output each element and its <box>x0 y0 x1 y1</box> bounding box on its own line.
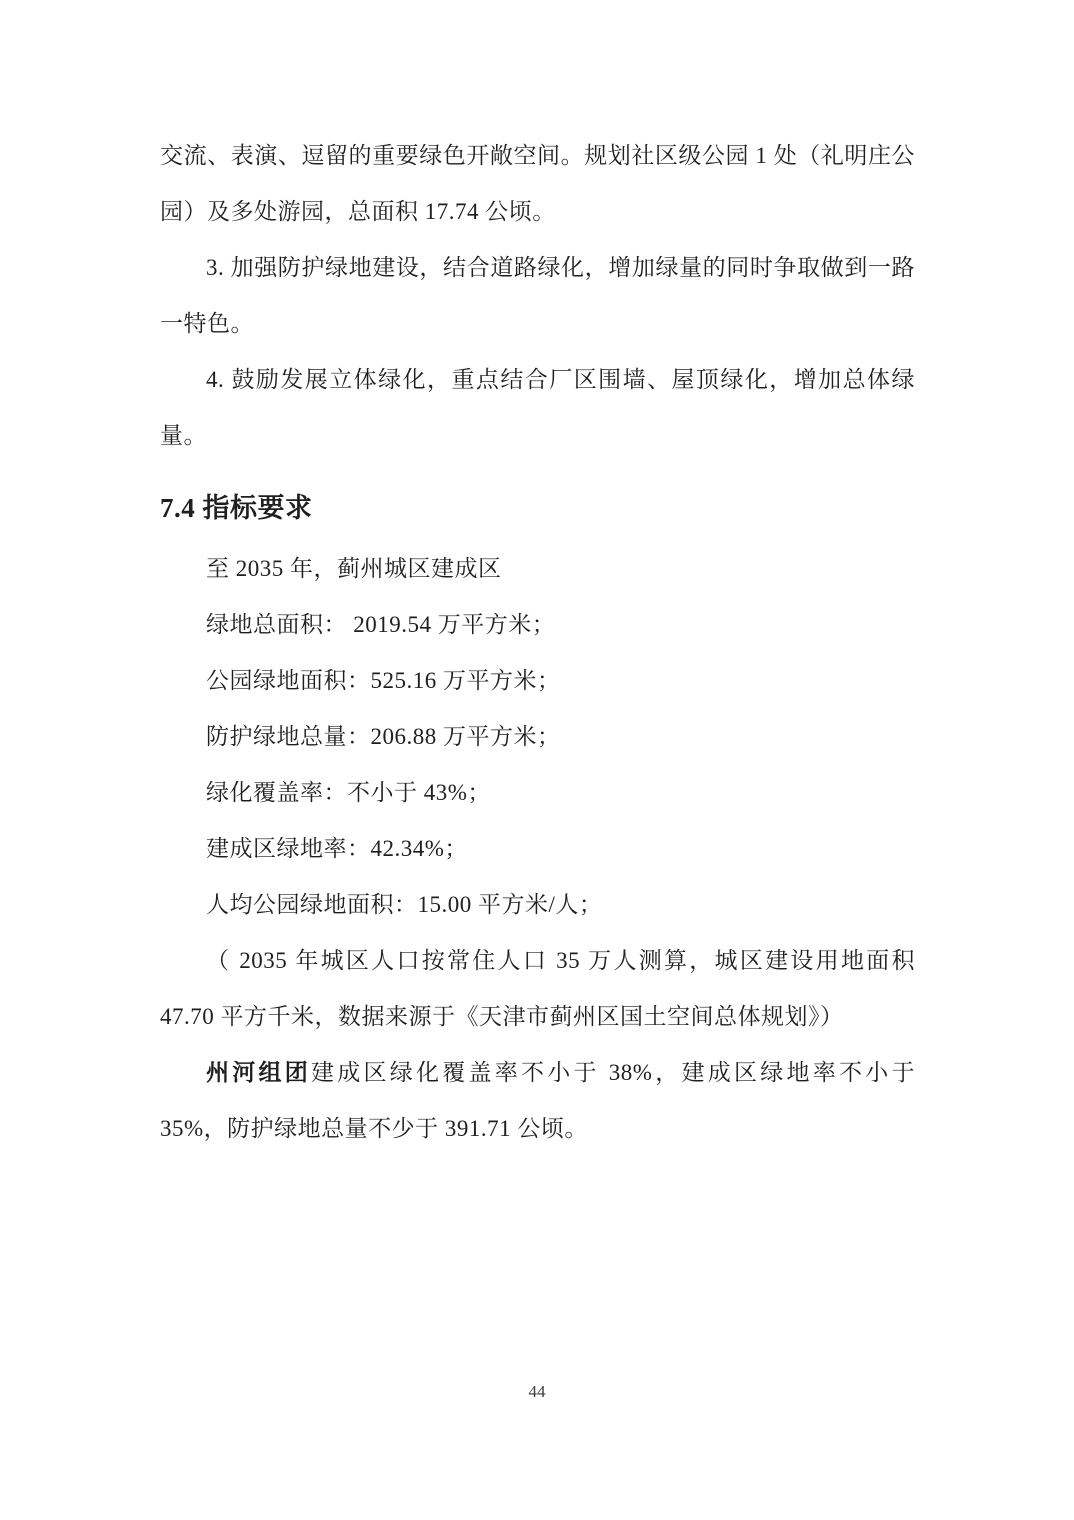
indicator-intro-line: 至 2035 年，蓟州城区建成区 <box>160 541 915 597</box>
indicator-park-green-area: 公园绿地面积：525.16 万平方米； <box>160 653 915 709</box>
paragraph-zhouhe-cluster: 州河组团建成区绿化覆盖率不小于 38%，建成区绿地率不小于 35%，防护绿地总量… <box>160 1045 915 1157</box>
paragraph-item-4-vertical-greening: 4. 鼓励发展立体绿化，重点结合厂区围墙、屋顶绿化，增加总体绿量。 <box>160 352 915 464</box>
document-page: 交流、表演、逗留的重要绿色开敞空间。规划社区级公园 1 处（礼明庄公园）及多处游… <box>0 0 1074 1520</box>
indicator-green-coverage-rate: 绿化覆盖率：不小于 43%； <box>160 765 915 821</box>
paragraph-green-open-space: 交流、表演、逗留的重要绿色开敞空间。规划社区级公园 1 处（礼明庄公园）及多处游… <box>160 128 915 240</box>
document-body: 交流、表演、逗留的重要绿色开敞空间。规划社区级公园 1 处（礼明庄公园）及多处游… <box>160 128 915 1157</box>
indicator-protective-green-total: 防护绿地总量：206.88 万平方米； <box>160 709 915 765</box>
paragraph-item-3-protective-greenbelt: 3. 加强防护绿地建设，结合道路绿化，增加绿量的同时争取做到一路一特色。 <box>160 240 915 352</box>
indicator-built-up-green-rate: 建成区绿地率：42.34%； <box>160 821 915 877</box>
indicator-per-capita-park-green: 人均公园绿地面积：15.00 平方米/人； <box>160 877 915 933</box>
zhouhe-cluster-bold-label: 州河组团 <box>206 1060 311 1085</box>
indicator-total-green-area: 绿地总面积： 2019.54 万平方米； <box>160 597 915 653</box>
section-heading-7-4-indicator-requirements: 7.4 指标要求 <box>160 488 915 528</box>
page-number: 44 <box>0 1380 1074 1404</box>
note-population-data-source: （ 2035 年城区人口按常住人口 35 万人测算，城区建设用地面积 47.70… <box>160 933 915 1045</box>
